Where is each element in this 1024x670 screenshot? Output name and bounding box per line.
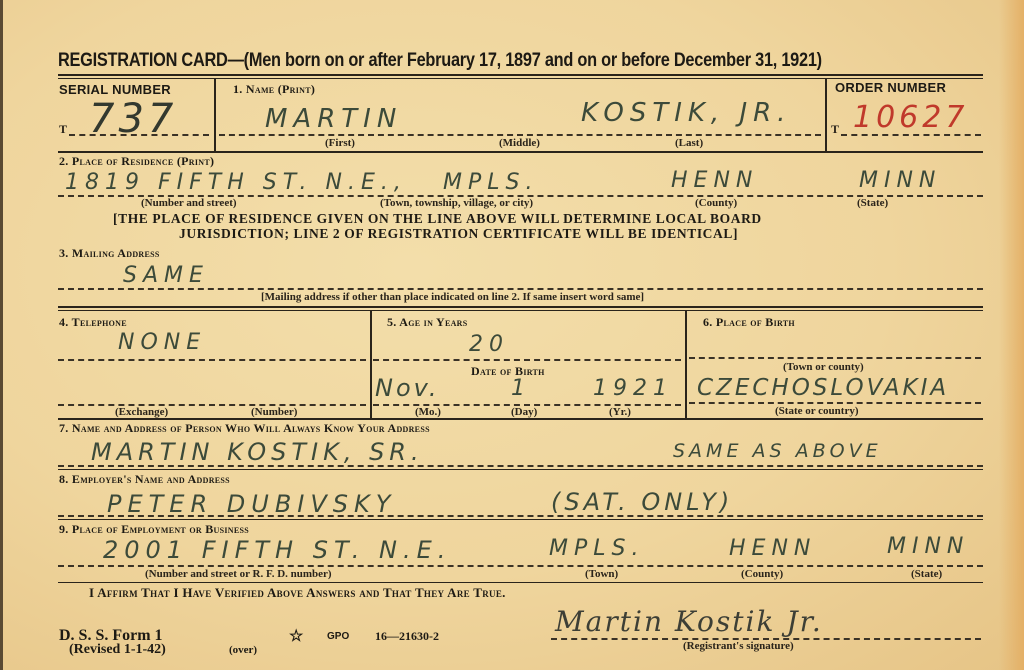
order-number-value: 10627 xyxy=(853,100,968,135)
sub-middle: (Middle) xyxy=(499,137,540,149)
divider xyxy=(825,78,827,152)
row-rule xyxy=(58,519,983,520)
contact-name-value: MARTIN KOSTIK, SR. xyxy=(91,438,424,466)
sub-state: (State) xyxy=(857,197,888,209)
over-note: (over) xyxy=(229,644,257,656)
registration-card: REGISTRATION CARD—(Men born on or after … xyxy=(0,0,1024,670)
dob-year-value: 1921 xyxy=(593,376,673,401)
contact-label: 7. Name and Address of Person Who Will A… xyxy=(59,421,430,436)
employment-line xyxy=(58,565,983,567)
residence-state-value: MINN xyxy=(859,168,941,193)
sub-town: (Town, township, village, or city) xyxy=(380,197,533,209)
residence-county-value: HENN xyxy=(671,168,758,193)
telephone-line-2 xyxy=(58,404,366,406)
birthplace-town-line xyxy=(689,357,981,359)
card-title: REGISTRATION CARD—(Men born on or after … xyxy=(58,50,822,72)
residence-notice-1: [THE PLACE OF RESIDENCE GIVEN ON THE LIN… xyxy=(113,211,762,227)
sub-first: (First) xyxy=(325,137,355,149)
affirmation-text: I Affirm That I Have Verified Above Answ… xyxy=(89,585,506,601)
divider xyxy=(685,311,687,418)
mailing-value: SAME xyxy=(123,263,209,288)
residence-street-value: 1819 FIFTH ST. N.E., xyxy=(65,170,407,195)
sub-county: (County) xyxy=(741,568,783,580)
star-icon: ☆ xyxy=(289,626,303,646)
dob-label: Date of Birth xyxy=(471,364,545,379)
sub-street: (Number and street) xyxy=(141,197,237,209)
form-revised: (Revised 1-1-42) xyxy=(69,642,166,658)
title-rule xyxy=(58,74,983,76)
sub-state-or-country: (State or country) xyxy=(775,405,859,417)
birthplace-label: 6. Place of Birth xyxy=(703,315,795,330)
name-last-value: KOSTIK, JR. xyxy=(581,98,791,128)
sub-town-or-county: (Town or county) xyxy=(783,361,864,373)
sub-state: (State) xyxy=(911,568,942,580)
row-rule xyxy=(58,306,983,308)
name-line xyxy=(219,134,821,136)
contact-address-value: SAME AS ABOVE xyxy=(673,440,882,462)
sub-day: (Day) xyxy=(511,406,537,418)
age-value: 20 xyxy=(469,332,509,357)
divider xyxy=(214,78,216,152)
residence-town-value: MPLS. xyxy=(443,170,538,195)
residence-label: 2. Place of Residence (Print) xyxy=(59,154,214,169)
serial-number-label: SERIAL NUMBER xyxy=(59,82,171,97)
order-number-label: ORDER NUMBER xyxy=(835,80,946,95)
name-first-value: MARTIN xyxy=(265,104,402,134)
employment-county-value: HENN xyxy=(729,536,816,561)
sub-yr: (Yr.) xyxy=(609,406,631,418)
row-rule xyxy=(58,582,983,583)
birthplace-country-line xyxy=(689,402,981,404)
mailing-line xyxy=(58,288,983,290)
sub-county: (County) xyxy=(695,197,737,209)
row-rule xyxy=(58,469,983,470)
employment-town-value: MPLS. xyxy=(549,536,644,561)
serial-prefix: T xyxy=(59,122,67,137)
sub-last: (Last) xyxy=(675,137,703,149)
telephone-line xyxy=(58,359,366,361)
dob-month-value: Nov. xyxy=(375,374,440,402)
age-line xyxy=(373,359,681,361)
sub-number: (Number) xyxy=(251,406,297,418)
employer-line xyxy=(58,515,983,517)
title-rule-2 xyxy=(58,78,983,79)
telephone-value: NONE xyxy=(118,330,206,355)
gpo-label: GPO xyxy=(327,631,349,642)
employment-street-value: 2001 FIFTH ST. N.E. xyxy=(103,536,451,564)
age-label: 5. Age in Years xyxy=(387,315,468,330)
signature-sub: (Registrant's signature) xyxy=(683,640,794,652)
employer-note-value: (SAT. ONLY) xyxy=(551,488,733,516)
sub-street-rfd: (Number and street or R. F. D. number) xyxy=(145,568,332,580)
mailing-note: [Mailing address if other than place ind… xyxy=(261,291,644,303)
order-prefix: T xyxy=(831,122,839,137)
contact-line xyxy=(58,465,983,467)
employer-label: 8. Employer's Name and Address xyxy=(59,472,230,487)
row-rule xyxy=(58,151,983,153)
registrant-signature: Martin Kostik Jr. xyxy=(555,605,823,638)
name-label: 1. Name (Print) xyxy=(233,82,315,97)
dob-day-value: 1 xyxy=(511,376,531,401)
sub-town: (Town) xyxy=(585,568,618,580)
telephone-label: 4. Telephone xyxy=(59,315,127,330)
sub-mo: (Mo.) xyxy=(415,406,441,418)
divider xyxy=(370,311,372,418)
employment-label: 9. Place of Employment or Business xyxy=(59,522,249,537)
residence-notice-2: JURISDICTION; LINE 2 OF REGISTRATION CER… xyxy=(179,226,738,242)
sub-exchange: (Exchange) xyxy=(115,406,168,418)
employer-name-value: PETER DUBIVSKY xyxy=(107,490,396,518)
row-rule xyxy=(58,418,983,420)
mailing-label: 3. Mailing Address xyxy=(59,246,160,261)
row-rule-2 xyxy=(58,310,983,311)
gpo-code: 16—21630-2 xyxy=(375,629,439,644)
serial-number-value: 737 xyxy=(89,96,177,142)
birthplace-country-value: CZECHOSLOVAKIA xyxy=(697,375,949,401)
employment-state-value: MINN xyxy=(887,534,969,559)
